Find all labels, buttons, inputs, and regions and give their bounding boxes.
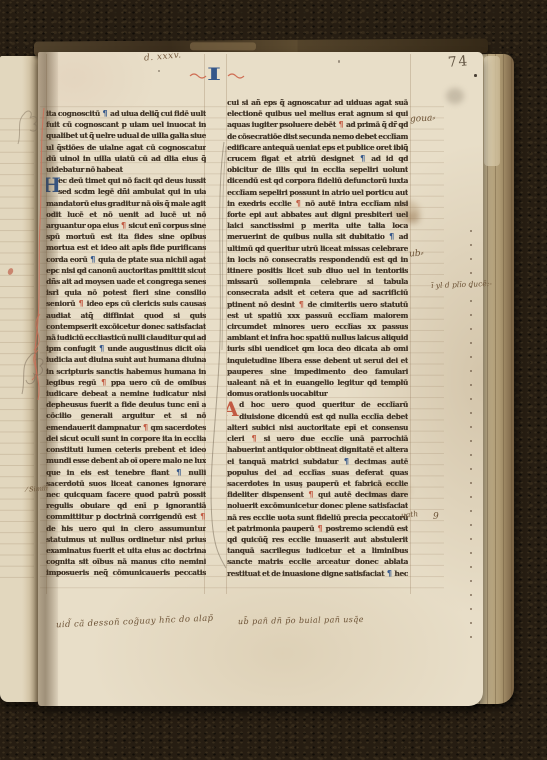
red-paraph-mark: ¶: [143, 423, 148, 432]
red-paraph-mark: ¶: [308, 490, 313, 499]
blue-paraph-mark: ¶: [344, 457, 349, 466]
gothic-text-paragraph: Hec deū timet qui nō facit qd deus iussi…: [46, 175, 206, 580]
marginal-note: uath: [401, 509, 419, 520]
pen-trial-line: [202, 140, 232, 570]
top-leaf-curl: [484, 56, 500, 166]
pricking-dots: [470, 230, 472, 642]
margin-doodle-sketch: [14, 344, 48, 398]
marginal-note: goua⸗: [410, 112, 436, 124]
red-paraph-mark: ¶: [121, 221, 126, 230]
folio-dot: [474, 74, 477, 77]
gothic-text-paragraph: cui si añ eps q̃ agnoscatur ad uiduas ag…: [227, 97, 408, 399]
red-paraph-mark: ¶: [101, 378, 106, 387]
gothic-text-paragraph: ita cognoscitū ¶ ad uiua deliq̃ cui fidē…: [46, 108, 206, 175]
marginal-note: 9: [433, 512, 439, 522]
margin-doodle-sketch: [12, 104, 42, 150]
text-column-left: ita cognoscitū ¶ ad uiua deliq̃ cui fidē…: [46, 108, 206, 580]
running-header: d. xxxv.: [144, 50, 182, 63]
quire-numeral-group: I: [194, 65, 238, 85]
blue-paraph-mark: ¶: [360, 154, 365, 163]
blue-paraph-mark: ¶: [90, 255, 95, 264]
gothic-text-paragraph: Ad hoc uero quod queritur de ecclīarū di…: [227, 399, 408, 580]
red-flourish-icon: [190, 72, 206, 80]
marginal-note: ub⸗: [409, 248, 424, 260]
red-paraph-mark: ¶: [78, 299, 83, 308]
red-paraph-mark: ¶: [252, 434, 257, 443]
blue-paraph-mark: ¶: [103, 109, 108, 118]
blue-paraph-mark: ¶: [389, 232, 394, 241]
speck: [338, 60, 340, 63]
blue-paraph-mark: ¶: [387, 569, 392, 578]
red-flourish-icon: [228, 72, 244, 80]
manuscript-page: d. xxxv. I 74 ita cognoscitū ¶ ad uiua d…: [38, 52, 483, 706]
top-edge-wear-mark: [190, 42, 256, 50]
speck: [158, 70, 160, 72]
red-paraph-mark: ¶: [338, 120, 343, 129]
red-paraph-mark: ¶: [317, 524, 322, 533]
manuscript-photo: d. xxxv. I 74 ita cognoscitū ¶ ad uiua d…: [0, 0, 547, 760]
stain: [406, 212, 420, 224]
folio-number: 74: [447, 53, 469, 71]
text-column-right: cui si añ eps q̃ agnoscatur ad uiduas ag…: [227, 97, 408, 580]
stain: [446, 88, 464, 104]
red-paraph-mark: ¶: [296, 199, 301, 208]
blue-paraph-mark: ¶: [99, 344, 104, 353]
blue-paraph-mark: ¶: [176, 468, 181, 477]
marginal-note: ⁄ Simili: [26, 484, 49, 494]
red-paraph-mark: ¶: [299, 300, 304, 309]
quire-numeral: I: [207, 65, 221, 85]
